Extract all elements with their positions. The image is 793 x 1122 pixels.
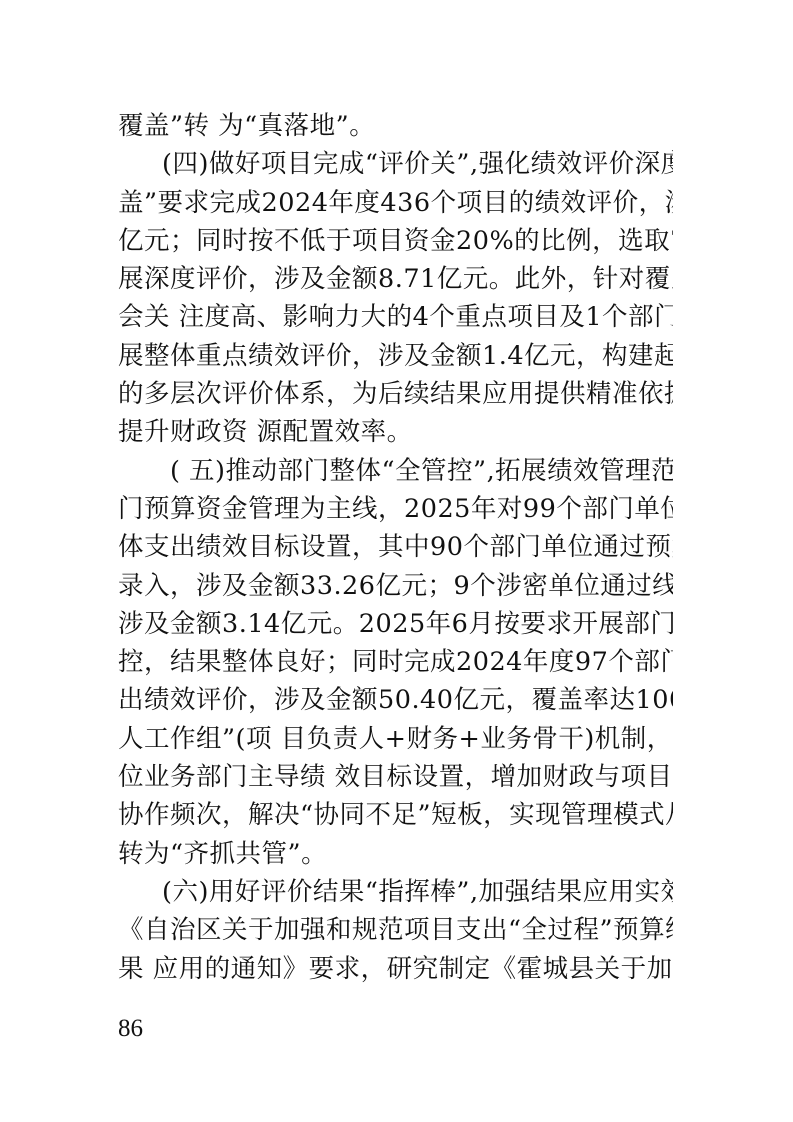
text-line: 协作频次，解决“协同不足”短板，实现管理模式从“单打独斗” bbox=[118, 796, 673, 834]
text-line: 展整体重点绩效评价，涉及金额1.4亿元，构建起“全面+重点” bbox=[118, 337, 673, 375]
text-line: 出绩效评价，涉及金额50.40亿元，覆盖率达100%。依托“三 bbox=[118, 681, 673, 719]
section-heading-six: (六)用好评价结果“指挥棒”,加强结果应用实效。 按照 bbox=[118, 873, 673, 911]
section-heading-four: (四)做好项目完成“评价关”,强化绩效评价深度。按“全覆 bbox=[118, 145, 673, 183]
text-line: 覆盖”转 为“真落地”。 bbox=[118, 107, 673, 145]
text-line: 亿元；同时按不低于项目资金20%的比例，选取76个项目开 bbox=[118, 222, 673, 260]
text-line: 涉及金额3.14亿元。2025年6月按要求开展部门整体绩效监 bbox=[118, 605, 673, 643]
text-line: 人工作组”(项 目负责人+财务+业务骨干)机制，推动预算单 bbox=[118, 720, 673, 758]
text-line: 体支出绩效目标设置，其中90个部门单位通过预算绩效系统 bbox=[118, 528, 673, 566]
page-number: 86 bbox=[118, 1014, 143, 1044]
text-line: 录入，涉及金额33.26亿元；9个涉密单位通过线下完成设置， bbox=[118, 567, 673, 605]
text-line: 控，结果整体良好；同时完成2024年度97个部门单位整体支 bbox=[118, 643, 673, 681]
document-page: 覆盖”转 为“真落地”。 (四)做好项目完成“评价关”,强化绩效评价深度。按“全… bbox=[0, 0, 793, 1122]
text-line: 果 应用的通知》要求，研究制定《霍城县关于加强和规范 bbox=[118, 950, 673, 988]
section-heading-five: ( 五)推动部门整体“全管控”,拓展绩效管理范围。以部 bbox=[118, 452, 673, 490]
text-line: 位业务部门主导绩 效目标设置，增加财政与项目管理人员 bbox=[118, 758, 673, 796]
text-line: 的多层次评价体系，为后续结果应用提供精准依据，进一步 bbox=[118, 375, 673, 413]
text-line: 门预算资金管理为主线，2025年对99个部门单位100%完成整 bbox=[118, 490, 673, 528]
text-line: 会关 注度高、影响力大的4个重点项目及1个部门单位，开 bbox=[118, 298, 673, 336]
text-line: 展深度评价，涉及金额8.71亿元。此外，针对覆盖面广、社 bbox=[118, 260, 673, 298]
text-line: 转为“齐抓共管”。 bbox=[118, 835, 673, 873]
body-text: 覆盖”转 为“真落地”。 (四)做好项目完成“评价关”,强化绩效评价深度。按“全… bbox=[118, 107, 673, 988]
text-line: 提升财政资 源配置效率。 bbox=[118, 413, 673, 451]
text-line: 盖”要求完成2024年度436个项目的绩效评价，涉及金额19.12 bbox=[118, 184, 673, 222]
text-line: 《自治区关于加强和规范项目支出“全过程”预算绩效管理结 bbox=[118, 911, 673, 949]
